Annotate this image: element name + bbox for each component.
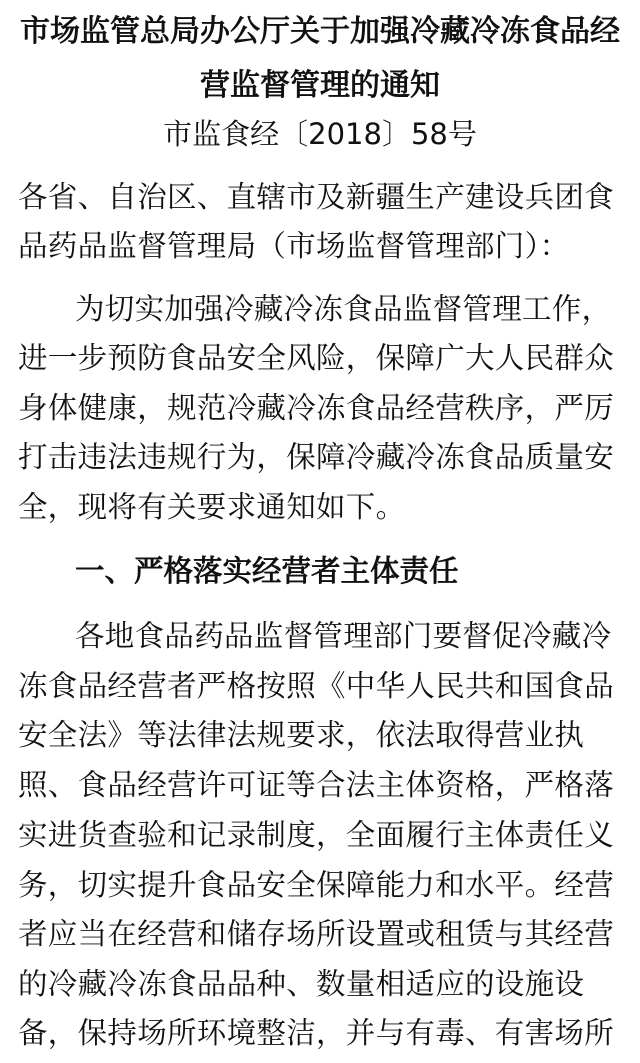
section-1-line-8: 的冷藏冷冻食品品种、数量相适应的设施设 <box>18 964 584 1004</box>
section-1-line-3: 安全法》等法律法规要求，依法取得营业执 <box>18 715 584 755</box>
section-1-line-2: 冻食品经营者严格按照《中华人民共和国食品 <box>18 666 614 706</box>
section-1-line-6: 务，切实提升食品安全保障能力和水平。经营 <box>18 865 614 905</box>
intro-paragraph-line-2: 进一步预防食品安全风险，保障广大人民群众 <box>18 338 614 378</box>
section-1-line-9: 备，保持场所环境整洁，并与有毒、有害场所 <box>18 1013 614 1053</box>
document-title-line-1: 市场监管总局办公厅关于加强冷藏冷冻食品经 <box>0 12 640 52</box>
intro-paragraph-line-5: 全，现将有关要求通知如下。 <box>18 487 405 527</box>
intro-paragraph-line-3: 身体健康，规范冷藏冷冻食品经营秩序，严厉 <box>18 388 614 428</box>
section-1-line-7: 者应当在经营和储存场所设置或租赁与其经营 <box>18 914 614 954</box>
document-number: 市监食经〔2018〕58号 <box>0 114 640 154</box>
section-1-line-1: 各地食品药品监督管理部门要督促冷藏冷 <box>75 616 611 656</box>
addressee-line-1: 各省、自治区、直辖市及新疆生产建设兵团食 <box>18 177 614 217</box>
intro-paragraph-line-4: 打击违法违规行为，保障冷藏冷冻食品质量安 <box>18 437 614 477</box>
intro-paragraph-line-1: 为切实加强冷藏冷冻食品监督管理工作， <box>75 289 611 329</box>
section-1-heading: 一、严格落实经营者主体责任 <box>75 551 459 591</box>
section-1-line-4: 照、食品经营许可证等合法主体资格，严格落 <box>18 765 614 805</box>
addressee-line-2: 品药品监督管理局（市场监督管理部门）： <box>18 226 569 266</box>
document-title-line-2: 营监督管理的通知 <box>0 66 640 106</box>
section-1-line-5: 实进货查验和记录制度，全面履行主体责任义 <box>18 815 614 855</box>
